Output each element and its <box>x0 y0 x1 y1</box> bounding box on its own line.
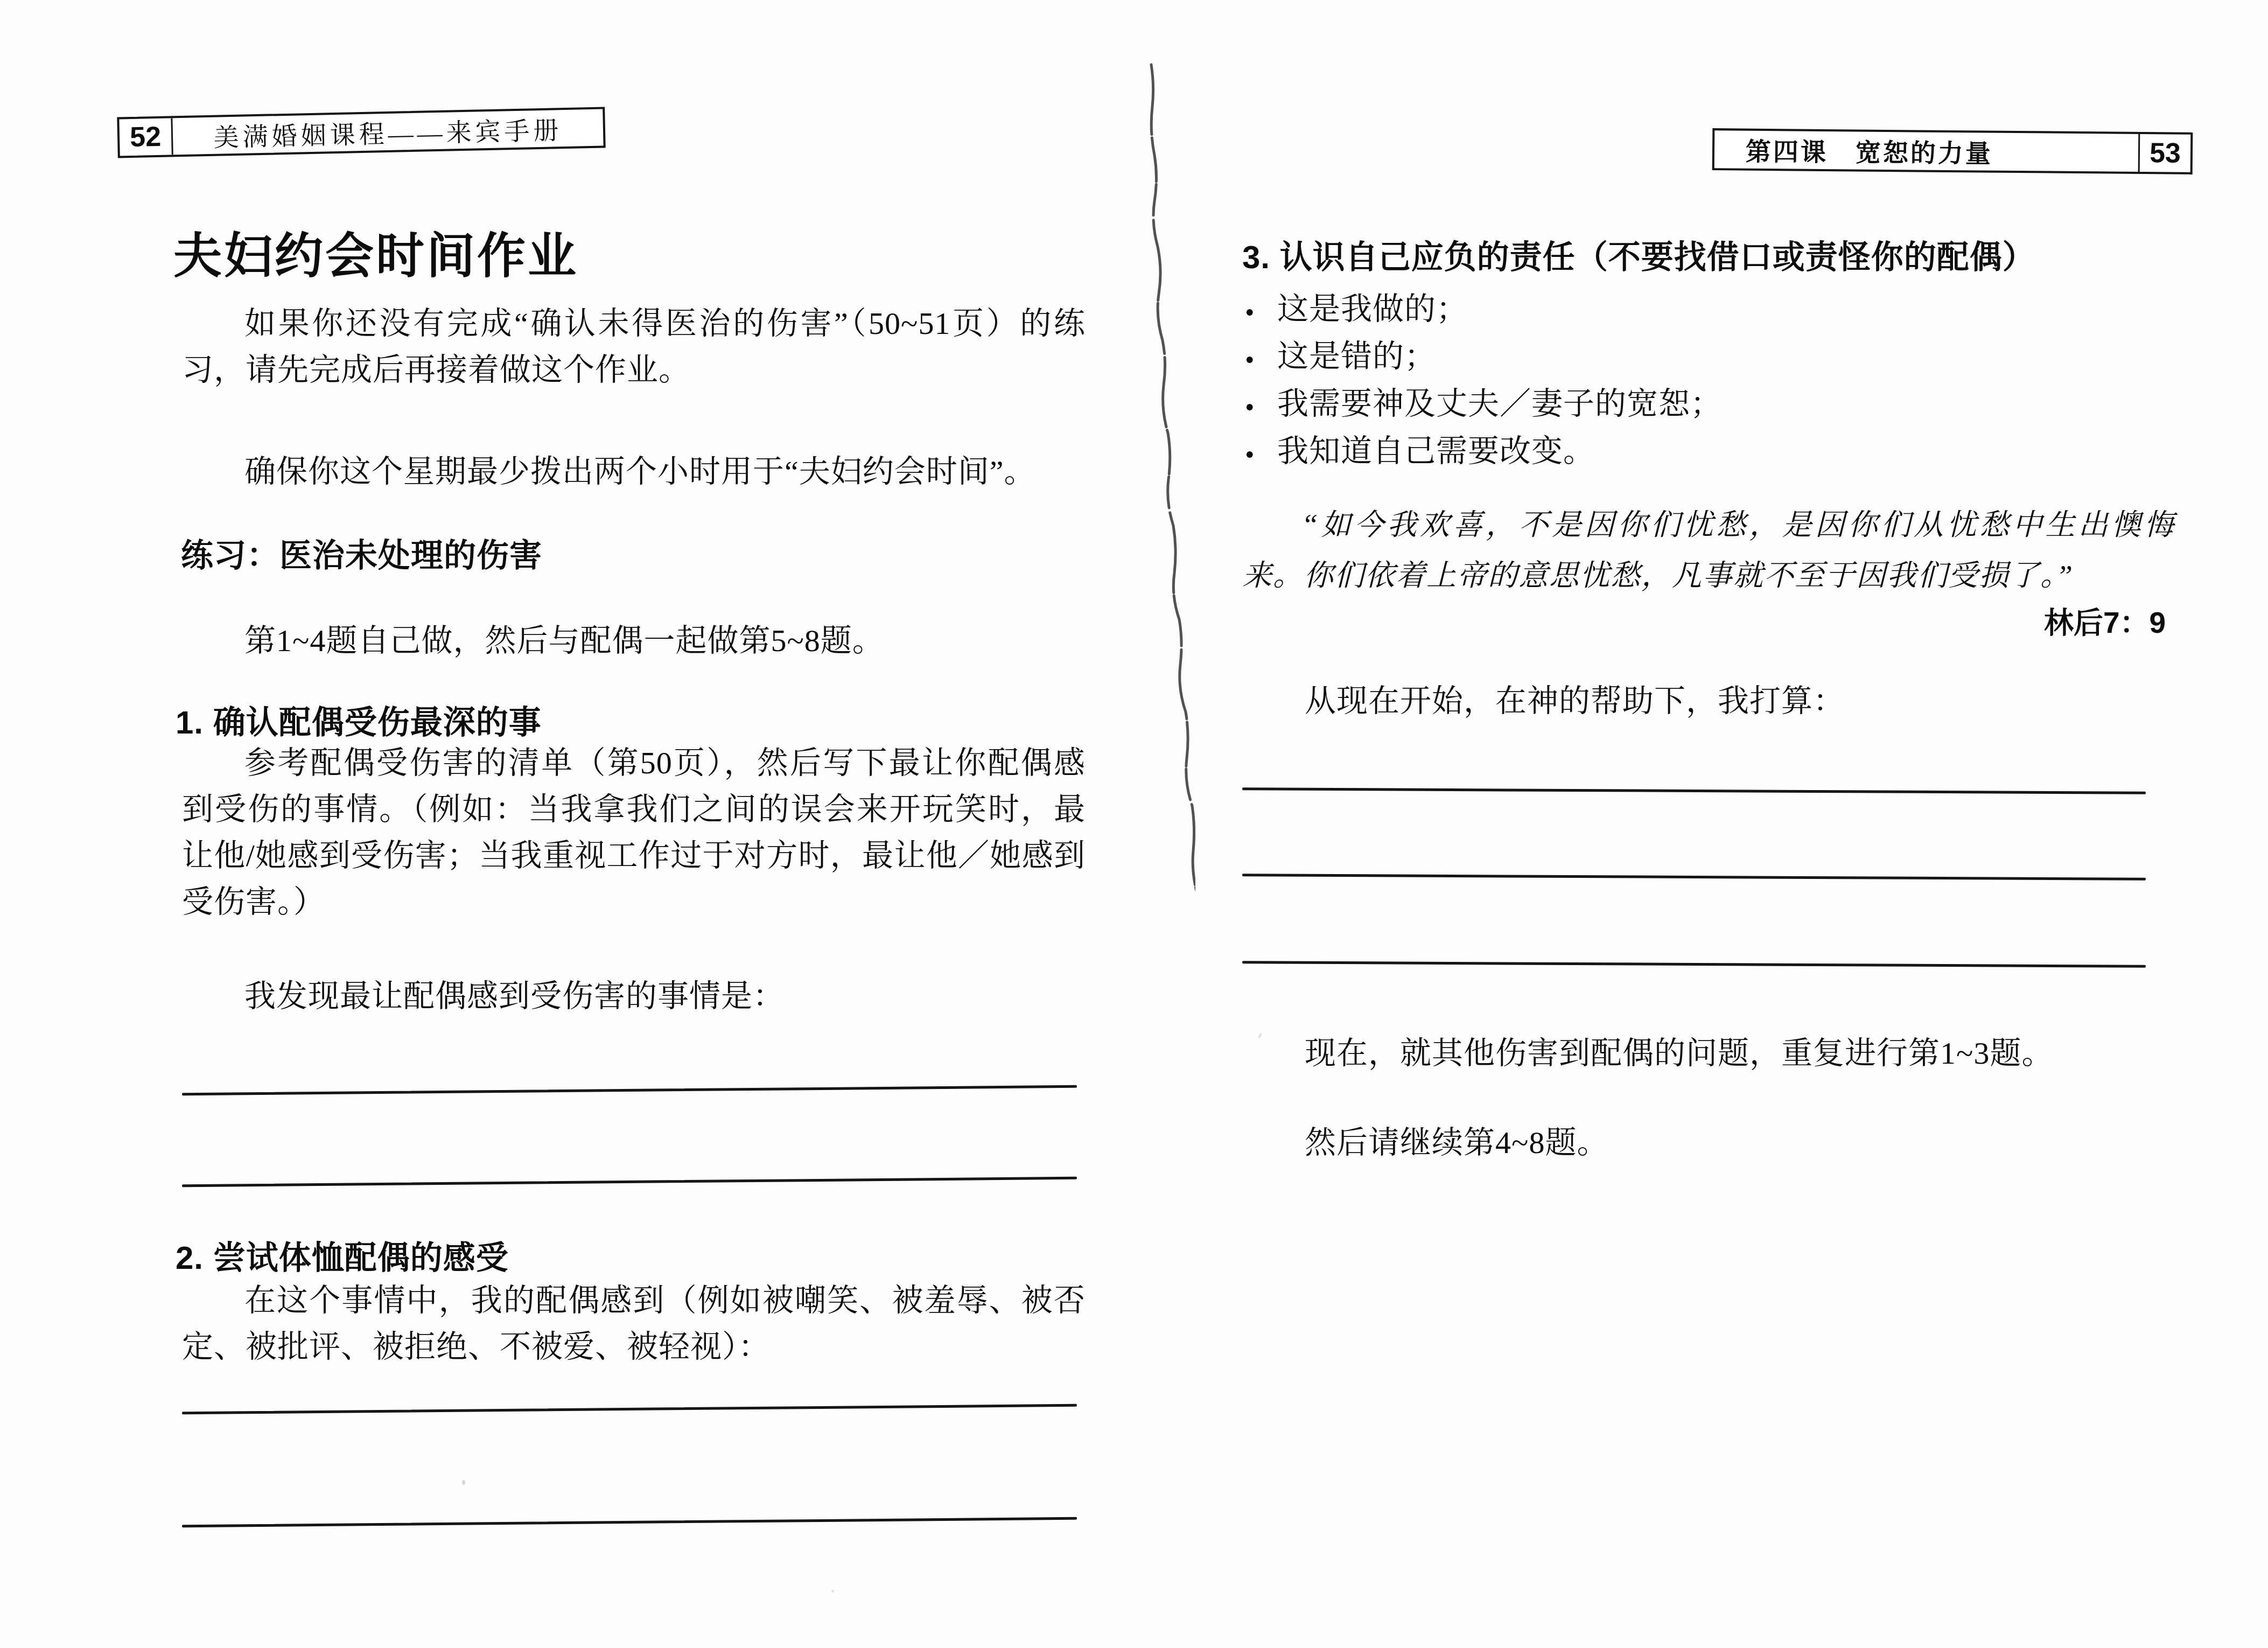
scripture-reference: 林后7：9 <box>2044 599 2166 641</box>
continue-note: 然后请继续第4~8题。 <box>1242 1117 1608 1162</box>
writing-line <box>182 1085 1077 1096</box>
right-page-number: 53 <box>2138 134 2191 172</box>
page-title: 夫妇约会时间作业 <box>173 217 578 287</box>
bullet-text: 我需要神及丈夫／妻子的宽恕； <box>1277 386 1722 421</box>
book-spread: 52 美满婚姻课程——来宾手册 夫妇约会时间作业 如果你还没有完成“确认未得医治… <box>0 0 2268 1648</box>
repeat-note: 现在，就其他伤害到配偶的问题，重复进行第1~3题。 <box>1242 1028 2053 1073</box>
right-header-title: 第四课 宽恕的力量 <box>1714 130 2139 172</box>
writing-line <box>1242 787 2146 794</box>
responsibility-bullet: •我知道自己需要改变。 <box>1245 425 1595 471</box>
left-header-title: 美满婚姻课程——来宾手册 <box>172 109 603 155</box>
bullet-text: 这是我做的； <box>1277 291 1468 326</box>
left-page-number: 52 <box>119 118 173 156</box>
writing-line <box>1242 961 2146 967</box>
item2-body: 在这个事情中，我的配偶感到（例如被嘲笑、被羞辱、被否定、被批评、被拒绝、不被爱、… <box>182 1277 1086 1370</box>
bullet-text: 我知道自己需要改变。 <box>1277 434 1595 469</box>
bullet-icon: • <box>1245 392 1277 423</box>
bullet-text: 这是错的； <box>1277 339 1436 374</box>
left-header: 52 美满婚姻课程——来宾手册 <box>117 107 605 158</box>
item1-prompt: 我发现最让配偶感到受伤害的事情是： <box>182 970 785 1016</box>
scan-speck <box>462 1480 465 1485</box>
bullet-icon: • <box>1245 439 1277 470</box>
page-left: 52 美满婚姻课程——来宾手册 夫妇约会时间作业 如果你还没有完成“确认未得医治… <box>0 0 1152 1648</box>
right-header: 第四课 宽恕的力量 53 <box>1712 128 2193 174</box>
responsibility-bullet: •这是我做的； <box>1245 283 1468 329</box>
bullet-icon: • <box>1245 297 1277 328</box>
writing-line <box>182 1177 1077 1188</box>
scan-speck <box>831 1590 834 1593</box>
item3-heading: 3. 认识自己应负的责任（不要找借口或责怪你的配偶） <box>1242 232 2035 278</box>
intro-paragraph: 如果你还没有完成“确认未得医治的伤害”（50~51页）的练习，请先完成后再接着做… <box>182 301 1086 393</box>
reserve-time-note: 确保你这个星期最少拨出两个小时用于“夫妇约会时间”。 <box>182 446 1036 491</box>
bullet-icon: • <box>1245 344 1277 375</box>
exercise-heading: 练习：医治未处理的伤害 <box>181 530 542 576</box>
page-right: 第四课 宽恕的力量 53 3. 认识自己应负的责任（不要找借口或责怪你的配偶） … <box>1152 0 2268 1648</box>
resolution-prompt: 从现在开始，在神的帮助下，我打算： <box>1242 675 1845 721</box>
scripture-quote: “如今我欢喜，不是因你们忧愁，是因你们从忧愁中生出懊悔来。你们依着上帝的意思忧愁… <box>1242 500 2175 601</box>
responsibility-bullet: •这是错的； <box>1245 331 1436 376</box>
responsibility-bullet: •我需要神及丈夫／妻子的宽恕； <box>1245 378 1722 423</box>
writing-line <box>1242 874 2146 880</box>
item1-heading: 1. 确认配偶受伤最深的事 <box>176 697 542 743</box>
exercise-note: 第1~4题自己做，然后与配偶一起做第5~8题。 <box>182 615 884 660</box>
writing-line <box>182 1517 1077 1528</box>
item2-heading: 2. 尝试体恤配偶的感受 <box>176 1232 509 1279</box>
writing-line <box>182 1404 1077 1415</box>
item1-body: 参考配偶受伤害的清单（第50页），然后写下最让你配偶感到受伤的事情。（例如：当我… <box>182 740 1086 925</box>
